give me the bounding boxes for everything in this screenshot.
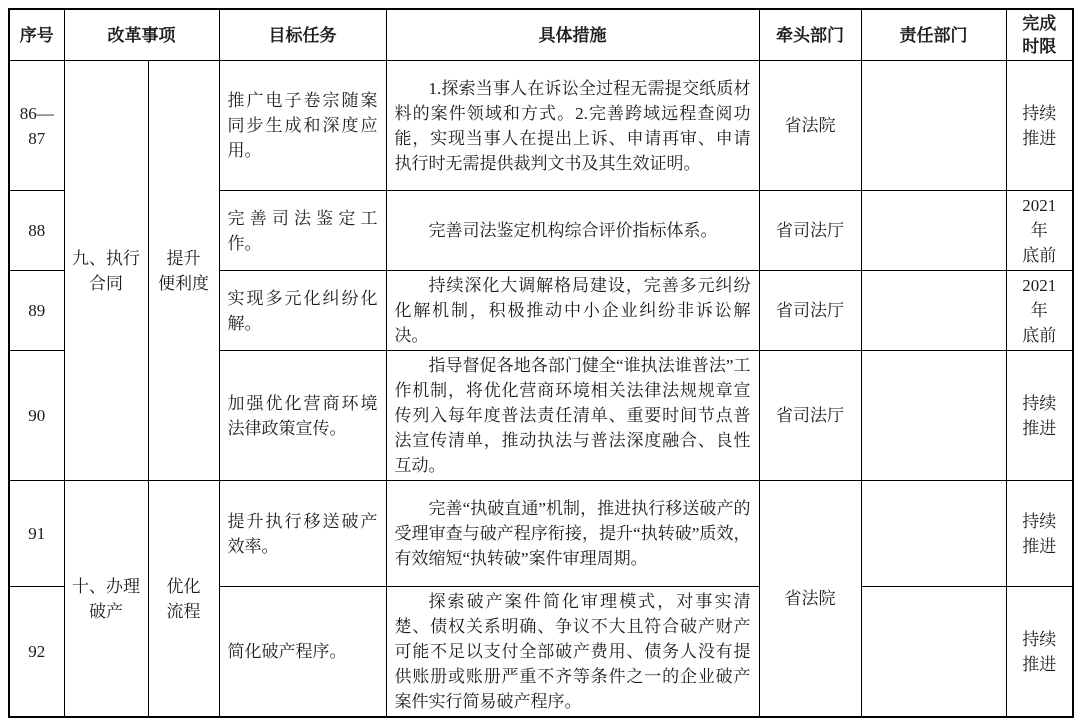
cell-deadline: 持续 推进 bbox=[1006, 587, 1073, 676]
table-row: 86— 87 九、执行 合同 提升 便利度 推广电子卷宗随案同步生成和深度应用。… bbox=[9, 61, 1073, 191]
cell-deadline: 持续 推进 bbox=[1006, 351, 1073, 481]
cell-responsible-dept bbox=[861, 481, 1006, 587]
col-header-target-task: 目标任务 bbox=[219, 9, 386, 61]
cell-measures: 完善“执破直通”机制，推进执行移送破产的受理审查与破产程序衔接，提升“执转破”质… bbox=[386, 481, 759, 587]
cell-deadline: 持续 推进 bbox=[1006, 481, 1073, 587]
cell-target-task: 完善司法鉴定工作。 bbox=[219, 191, 386, 271]
cell-serial: 92 bbox=[9, 587, 64, 676]
table-row: 91 十、办理 破产 优化 流程 提升执行移送破产效率。 完善“执破直通”机制，… bbox=[9, 481, 1073, 587]
col-header-measures: 具体措施 bbox=[386, 9, 759, 61]
cell-serial: 91 bbox=[9, 481, 64, 587]
cell-reform-item: 九、执行 合同 bbox=[64, 61, 148, 481]
cell-reform-subitem: 提升 便利度 bbox=[148, 61, 219, 481]
cell-deadline: 2021 年 底前 bbox=[1006, 191, 1073, 271]
cell-measures: 1.探索当事人在诉讼全过程无需提交纸质材料的案件领域和方式。2.完善跨域远程查阅… bbox=[386, 61, 759, 191]
cell-serial: 90 bbox=[9, 351, 64, 481]
cell-responsible-dept bbox=[861, 587, 1006, 676]
cell-target-task: 提升执行移送破产效率。 bbox=[219, 481, 386, 587]
cell-responsible-dept bbox=[861, 191, 1006, 271]
col-header-responsible-dept: 责任部门 bbox=[861, 9, 1006, 61]
cell-reform-subitem: 优化 流程 bbox=[148, 481, 219, 676]
cell-reform-item: 十、办理 破产 bbox=[64, 481, 148, 676]
cell-deadline: 2021 年 底前 bbox=[1006, 271, 1073, 351]
col-header-deadline: 完成 时限 bbox=[1006, 9, 1073, 61]
cell-lead-dept: 省司法厅 bbox=[759, 351, 861, 481]
cell-measures: 指导督促各地各部门健全“谁执法谁普法”工作机制，将优化营商环境相关法律法规规章宣… bbox=[386, 351, 759, 481]
col-header-lead-dept: 牵头部门 bbox=[759, 9, 861, 61]
cell-target-task: 推广电子卷宗随案同步生成和深度应用。 bbox=[219, 61, 386, 191]
cell-lead-dept: 省法院 bbox=[759, 481, 861, 676]
cell-measures: 探索破产案件简化审理模式，对事实清楚、债权关系明确、争议不大且符合破产财产可能不… bbox=[386, 587, 759, 676]
cell-lead-dept: 省法院 bbox=[759, 61, 861, 191]
cell-responsible-dept bbox=[861, 271, 1006, 351]
cell-responsible-dept bbox=[861, 351, 1006, 481]
col-header-serial: 序号 bbox=[9, 9, 64, 61]
cell-responsible-dept bbox=[861, 61, 1006, 191]
cell-serial: 86— 87 bbox=[9, 61, 64, 191]
cell-deadline: 持续 推进 bbox=[1006, 61, 1073, 191]
cell-measures: 完善司法鉴定机构综合评价指标体系。 bbox=[386, 191, 759, 271]
cell-target-task: 加强优化营商环境法律政策宣传。 bbox=[219, 351, 386, 481]
cell-lead-dept: 省司法厅 bbox=[759, 191, 861, 271]
reform-tasks-table: 序号 改革事项 目标任务 具体措施 牵头部门 责任部门 完成 时限 86— 87… bbox=[8, 8, 1074, 675]
cell-serial: 88 bbox=[9, 191, 64, 271]
cell-serial: 89 bbox=[9, 271, 64, 351]
cell-target-task: 实现多元化纠纷化解。 bbox=[219, 271, 386, 351]
col-header-reform-item: 改革事项 bbox=[64, 9, 219, 61]
header-row: 序号 改革事项 目标任务 具体措施 牵头部门 责任部门 完成 时限 bbox=[9, 9, 1073, 61]
cell-lead-dept: 省司法厅 bbox=[759, 271, 861, 351]
cell-measures: 持续深化大调解格局建设，完善多元纠纷化解机制，积极推动中小企业纠纷非诉讼解决。 bbox=[386, 271, 759, 351]
document-page: 序号 改革事项 目标任务 具体措施 牵头部门 责任部门 完成 时限 86— 87… bbox=[8, 8, 1074, 675]
cell-target-task: 简化破产程序。 bbox=[219, 587, 386, 676]
